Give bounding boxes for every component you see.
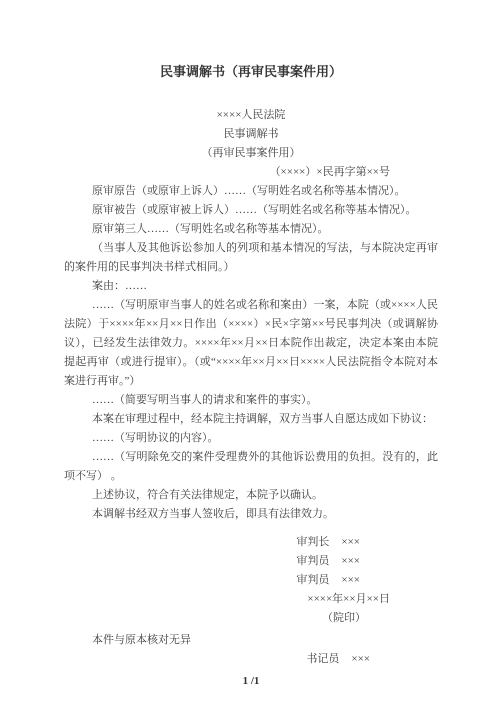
paragraph-confirmation: 上述协议，符合有关法律规定，本院予以确认。 bbox=[64, 486, 438, 505]
paragraph-mediation-intro: 本案在审理过程中，经本院主持调解，双方当事人自愿达成如下协议： bbox=[64, 410, 438, 429]
judge-role: 审判员 bbox=[296, 574, 329, 586]
judge-name: ××× bbox=[341, 552, 360, 571]
paragraph-claims-facts: ……（简要写明当事人的请求和案件的事实）。 bbox=[64, 391, 438, 410]
paragraph-agreement-content: ……（写明协议的内容）。 bbox=[64, 429, 438, 448]
clerk-name: ××× bbox=[351, 650, 370, 669]
signature-presiding-judge: 审判长××× bbox=[64, 533, 438, 552]
court-seal-placeholder: （院印） bbox=[64, 609, 438, 628]
signature-date: ××××年××月××日 bbox=[64, 590, 438, 609]
document-title: 民事调解书 bbox=[64, 125, 438, 144]
judge-role: 审判长 bbox=[296, 536, 329, 548]
signature-judge-2: 审判员××× bbox=[64, 571, 438, 590]
verification-note: 本件与原本核对无异 bbox=[64, 631, 438, 650]
judge-name: ××× bbox=[341, 533, 360, 552]
paragraph-parties-note: （当事人及其他诉讼参加人的列项和基本情况的写法，与本院决定再审的案件用的民事判决… bbox=[64, 239, 438, 277]
clerk-signature: 书记员××× bbox=[64, 650, 438, 669]
clerk-role: 书记员 bbox=[306, 653, 339, 665]
paragraph-cause: 案由：…… bbox=[64, 277, 438, 296]
document-heading: 民事调解书（再审民事案件用） bbox=[64, 62, 438, 81]
document-page: 民事调解书（再审民事案件用） ××××人民法院 民事调解书 （再审民事案件用） … bbox=[0, 0, 500, 707]
paragraph-legal-effect: 本调解书经双方当事人签收后，即具有法律效力。 bbox=[64, 505, 438, 524]
page-number: 1 /1 bbox=[64, 672, 438, 691]
judge-name: ××× bbox=[341, 571, 360, 590]
document-subtitle: （再审民事案件用） bbox=[64, 144, 438, 163]
paragraph-case-history: ……（写明原审当事人的姓名或名称和案由）一案，本院（或××××人民法院）于×××… bbox=[64, 296, 438, 391]
signature-block: 审判长××× 审判员××× 审判员××× ××××年××月××日 （院印） bbox=[64, 533, 438, 628]
paragraph-fees: ……（写明除免交的案件受理费外的其他诉讼费用的负担。没有的，此项不写） 。 bbox=[64, 448, 438, 486]
paragraph-defendant: 原审被告（或原审被上诉人）……（写明姓名或名称等基本情况）。 bbox=[64, 201, 438, 220]
paragraph-plaintiff: 原审原告（或原审上诉人）……（写明姓名或名称等基本情况）。 bbox=[64, 182, 438, 201]
judge-role: 审判员 bbox=[296, 555, 329, 567]
case-number: （××××）×民再字第××号 bbox=[64, 163, 438, 182]
court-name: ××××人民法院 bbox=[64, 106, 438, 125]
signature-judge-1: 审判员××× bbox=[64, 552, 438, 571]
paragraph-third-party: 原审第三人……（写明姓名或名称等基本情况）。 bbox=[64, 220, 438, 239]
